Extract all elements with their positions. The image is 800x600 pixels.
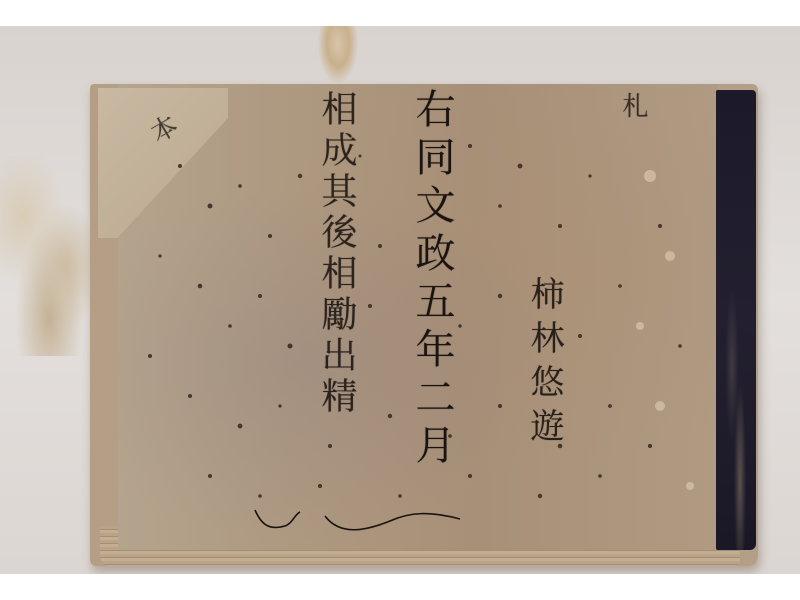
document-photo: 右同文政五年二月 相成其後相勵出精 柿林悠遊 札 本 bbox=[0, 26, 800, 574]
left-calligraphy-column: 相成其後相勵出精 bbox=[318, 90, 354, 418]
main-calligraphy-column: 右同文政五年二月 bbox=[412, 88, 452, 472]
signature-column: 柿林悠遊 bbox=[527, 276, 561, 452]
wormholes bbox=[0, 26, 800, 574]
right-edge-text: 札 bbox=[620, 92, 646, 124]
